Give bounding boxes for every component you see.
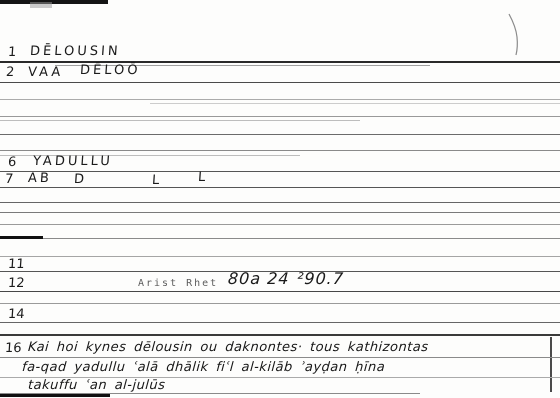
ruled-line (0, 116, 560, 117)
line-number: 14 (7, 307, 25, 322)
entry-headword: DĒLOUSIN (29, 44, 121, 59)
ruled-line (0, 202, 560, 203)
arabic-translit-line-2: takuffu ʿan al-julūs (27, 378, 165, 393)
ruled-line (0, 187, 560, 188)
arabic-translit-line-1: fa-qad yadullu ʿalā dhālik fiʿl al-kilāb… (21, 360, 385, 375)
ruled-line (0, 212, 560, 213)
entry-abbrev: AB (27, 171, 52, 186)
scanned-notebook-page: 1 DĒLOUSIN 2 VAA DĒLOŌ 6 YADULLU 7 AB D … (0, 0, 560, 398)
ruled-line (0, 134, 560, 135)
greek-translit-sentence: Kai hoi kynes dēlousin ou daknontes· tou… (27, 340, 429, 355)
stray-pen-stroke (503, 13, 527, 57)
ruled-line (0, 256, 560, 257)
citation-locus: 80a 24 (227, 269, 290, 288)
scan-smudge (30, 2, 52, 8)
entry-abbrev: L (197, 170, 208, 185)
scan-edge-bar (0, 0, 108, 4)
ruled-line (0, 334, 560, 336)
line-number: 6 (7, 155, 16, 170)
ruled-line (0, 322, 560, 323)
ruled-line (0, 82, 560, 83)
entry-word: VAA (27, 65, 63, 80)
thick-mark (0, 236, 43, 239)
line-number: 2 (5, 65, 14, 80)
ruled-line (0, 303, 560, 304)
line-number: 16 (4, 341, 22, 356)
line-number: 11 (7, 257, 25, 272)
ruled-line (0, 224, 560, 225)
ruled-line (0, 150, 560, 151)
line-number: 1 (7, 45, 16, 60)
entry-word: DĒLOŌ (79, 63, 141, 78)
line-number: 12 (7, 276, 25, 291)
citation-annotation: ²90.7 (296, 269, 344, 288)
ruled-line (43, 238, 560, 239)
ruled-line (0, 291, 560, 292)
ruled-line (0, 120, 360, 121)
line-number: 7 (4, 172, 13, 187)
ruled-line (0, 357, 560, 358)
entry-abbrev: D (73, 172, 87, 187)
entry-abbrev: L (151, 173, 162, 188)
right-edge-stroke (550, 337, 552, 392)
ruled-line (150, 103, 560, 104)
thick-bottom-mark (0, 394, 110, 397)
printed-reference: Arist Rhet (138, 278, 218, 289)
entry-headword: YADULLU (32, 154, 113, 169)
ruled-line (0, 99, 560, 100)
